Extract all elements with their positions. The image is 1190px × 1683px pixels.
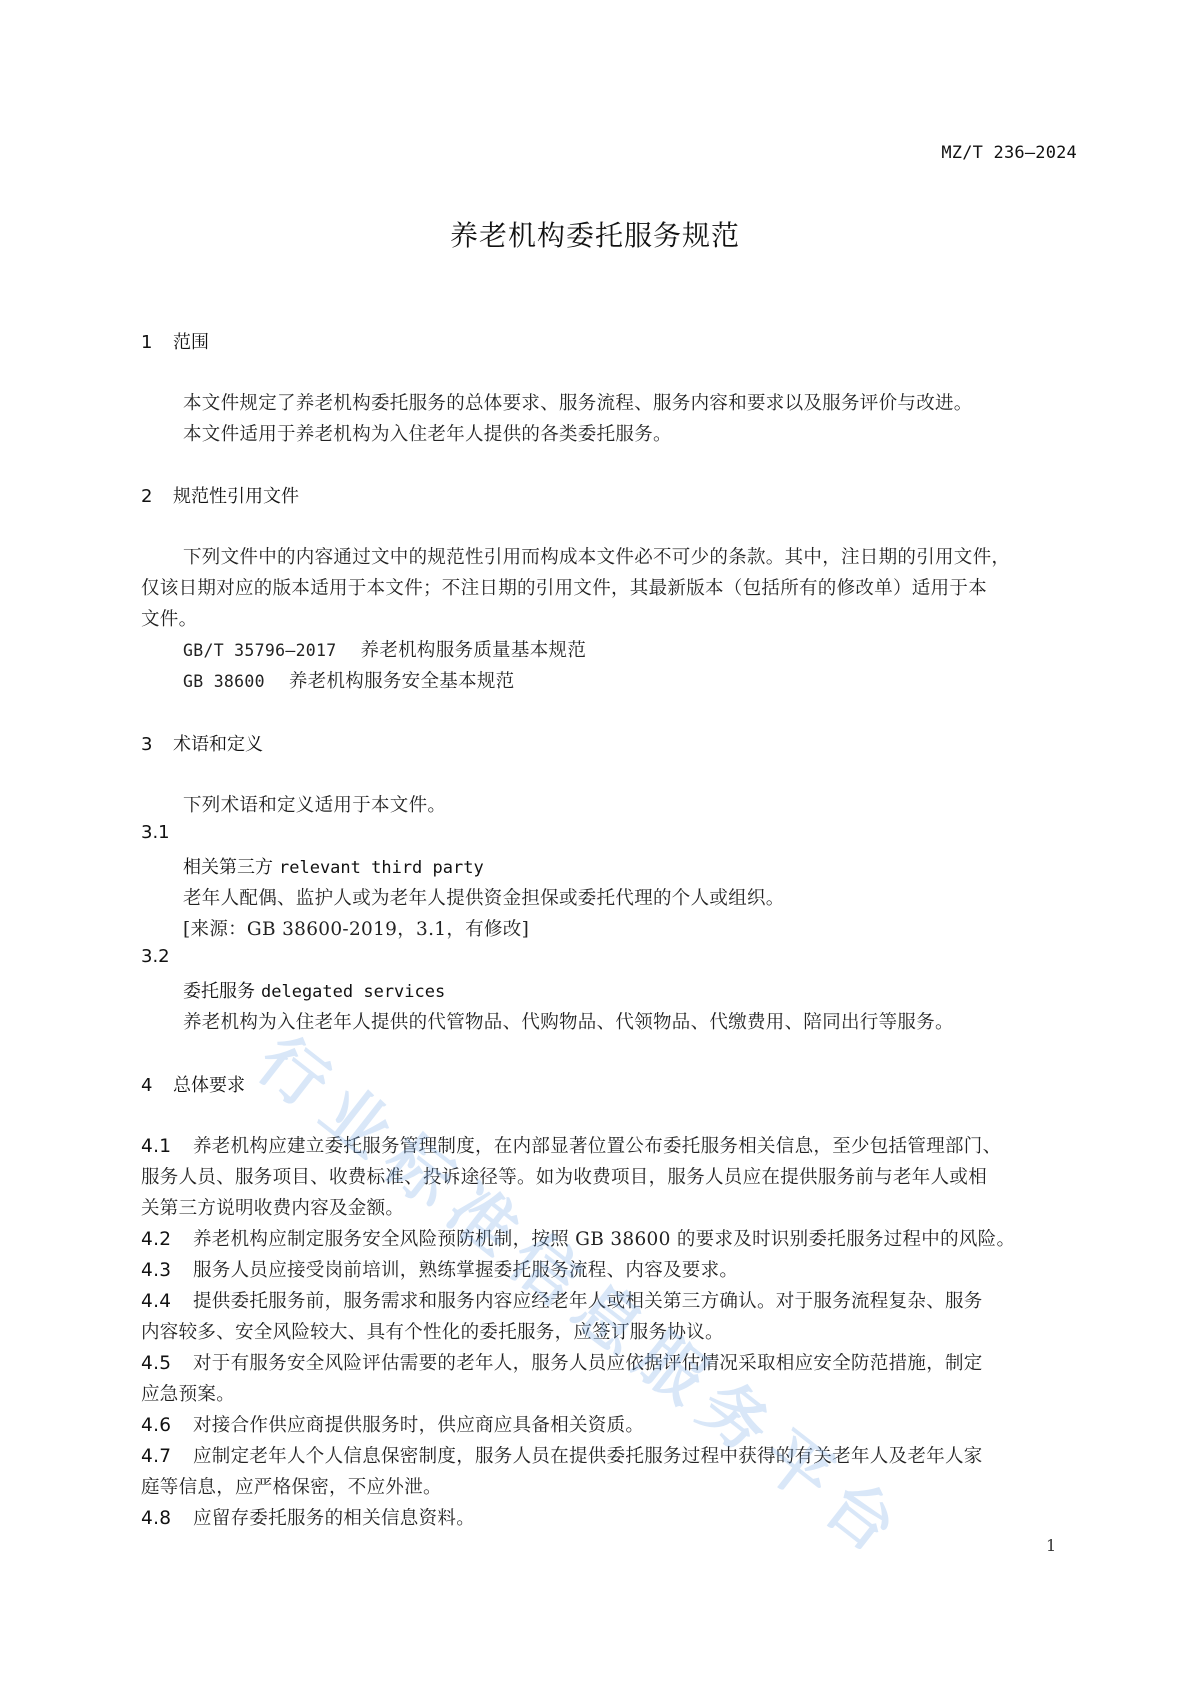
term-title: 相关第三方relevant third party: [183, 853, 484, 879]
term-en: relevant third party: [279, 858, 484, 878]
section-heading-3: 3术语和定义: [141, 730, 263, 756]
term-number: 3.2: [141, 946, 170, 967]
clause-text: 应留存委托服务的相关信息资料。: [193, 1508, 475, 1529]
clause-text: 应制定老年人个人信息保密制度，服务人员在提供委托服务过程中获得的有关老年人及老年…: [193, 1446, 983, 1467]
paragraph-line: 文件。: [141, 605, 197, 631]
term-definition: 养老机构为入住老年人提供的代管物品、代购物品、代领物品、代缴费用、陪同出行等服务…: [183, 1008, 954, 1034]
clause-number: 4.6: [141, 1415, 193, 1436]
clause-number: 4.5: [141, 1353, 193, 1374]
section-number: 3: [141, 734, 173, 755]
clause-line: 服务人员、服务项目、收费标准、投诉途径等。如为收费项目，服务人员应在提供服务前与…: [141, 1163, 987, 1189]
clause-line: 应急预案。: [141, 1380, 235, 1406]
reference-title: 养老机构服务安全基本规范: [289, 671, 515, 692]
document-page: MZ/T 236—2024 养老机构委托服务规范 1范围 本文件规定了养老机构委…: [0, 0, 1190, 1683]
reference-item: GB/T 35796—2017养老机构服务质量基本规范: [183, 636, 586, 662]
clause-line: 关第三方说明收费内容及金额。: [141, 1194, 404, 1220]
section-heading-4: 4总体要求: [141, 1071, 245, 1097]
term-title: 委托服务delegated services: [183, 977, 445, 1003]
document-title: 养老机构委托服务规范: [0, 214, 1190, 254]
clause-number: 4.3: [141, 1260, 193, 1281]
clause-text: 对于有服务安全风险评估需要的老年人，服务人员应依据评估情况采取相应安全防范措施，…: [193, 1353, 983, 1374]
paragraph-line: 本文件规定了养老机构委托服务的总体要求、服务流程、服务内容和要求以及服务评价与改…: [183, 389, 973, 415]
clause-number: 4.4: [141, 1291, 193, 1312]
paragraph-line: 本文件适用于养老机构为入住老年人提供的各类委托服务。: [183, 420, 672, 446]
reference-code: GB/T 35796—2017: [183, 641, 337, 660]
clause-text: 服务人员应接受岗前培训，熟练掌握委托服务流程、内容及要求。: [193, 1260, 738, 1281]
section-title: 术语和定义: [173, 734, 263, 755]
clause-line: 4.8应留存委托服务的相关信息资料。: [141, 1504, 475, 1530]
clause-text: 养老机构应建立委托服务管理制度，在内部显著位置公布委托服务相关信息，至少包括管理…: [193, 1136, 1001, 1157]
section-title: 总体要求: [173, 1075, 245, 1096]
section-title: 范围: [173, 332, 209, 353]
paragraph-line: 下列文件中的内容通过文中的规范性引用而构成本文件必不可少的条款。其中，注日期的引…: [183, 543, 1010, 569]
clause-line: 庭等信息，应严格保密，不应外泄。: [141, 1473, 442, 1499]
clause-line: 4.5对于有服务安全风险评估需要的老年人，服务人员应依据评估情况采取相应安全防范…: [141, 1349, 983, 1375]
term-zh: 委托服务: [183, 981, 255, 1002]
clause-line: 内容较多、安全风险较大、具有个性化的委托服务，应签订服务协议。: [141, 1318, 724, 1344]
term-definition: 老年人配偶、监护人或为老年人提供资金担保或委托代理的个人或组织。: [183, 884, 785, 910]
clause-line: 4.2养老机构应制定服务安全风险预防机制，按照 GB 38600 的要求及时识别…: [141, 1225, 1015, 1251]
paragraph-line: 仅该日期对应的版本适用于本文件；不注日期的引用文件，其最新版本（包括所有的修改单…: [141, 574, 987, 600]
clause-text: 养老机构应制定服务安全风险预防机制，按照 GB 38600 的要求及时识别委托服…: [193, 1229, 1015, 1250]
reference-code: GB 38600: [183, 672, 265, 691]
reference-item: GB 38600养老机构服务安全基本规范: [183, 667, 514, 693]
clause-text: 提供委托服务前，服务需求和服务内容应经老年人或相关第三方确认。对于服务流程复杂、…: [193, 1291, 983, 1312]
section-number: 1: [141, 332, 173, 353]
clause-number: 4.7: [141, 1446, 193, 1467]
clause-number: 4.1: [141, 1136, 193, 1157]
term-source: [来源：GB 38600-2019，3.1，有修改]: [183, 915, 529, 941]
term-zh: 相关第三方: [183, 857, 273, 878]
page-number: 1: [1046, 1536, 1056, 1555]
section-heading-1: 1范围: [141, 328, 209, 354]
section-title: 规范性引用文件: [173, 486, 299, 507]
clause-line: 4.4提供委托服务前，服务需求和服务内容应经老年人或相关第三方确认。对于服务流程…: [141, 1287, 983, 1313]
paragraph-line: 下列术语和定义适用于本文件。: [183, 791, 446, 817]
term-number: 3.1: [141, 822, 170, 843]
clause-line: 4.6对接合作供应商提供服务时，供应商应具备相关资质。: [141, 1411, 644, 1437]
standard-number: MZ/T 236—2024: [941, 143, 1077, 163]
reference-title: 养老机构服务质量基本规范: [361, 640, 587, 661]
clause-line: 4.1养老机构应建立委托服务管理制度，在内部显著位置公布委托服务相关信息，至少包…: [141, 1132, 1001, 1158]
section-number: 4: [141, 1075, 173, 1096]
clause-text: 对接合作供应商提供服务时，供应商应具备相关资质。: [193, 1415, 644, 1436]
term-en: delegated services: [261, 982, 445, 1002]
clause-number: 4.2: [141, 1229, 193, 1250]
clause-line: 4.7应制定老年人个人信息保密制度，服务人员在提供委托服务过程中获得的有关老年人…: [141, 1442, 983, 1468]
clause-number: 4.8: [141, 1508, 193, 1529]
clause-line: 4.3服务人员应接受岗前培训，熟练掌握委托服务流程、内容及要求。: [141, 1256, 738, 1282]
section-number: 2: [141, 486, 173, 507]
section-heading-2: 2规范性引用文件: [141, 482, 299, 508]
